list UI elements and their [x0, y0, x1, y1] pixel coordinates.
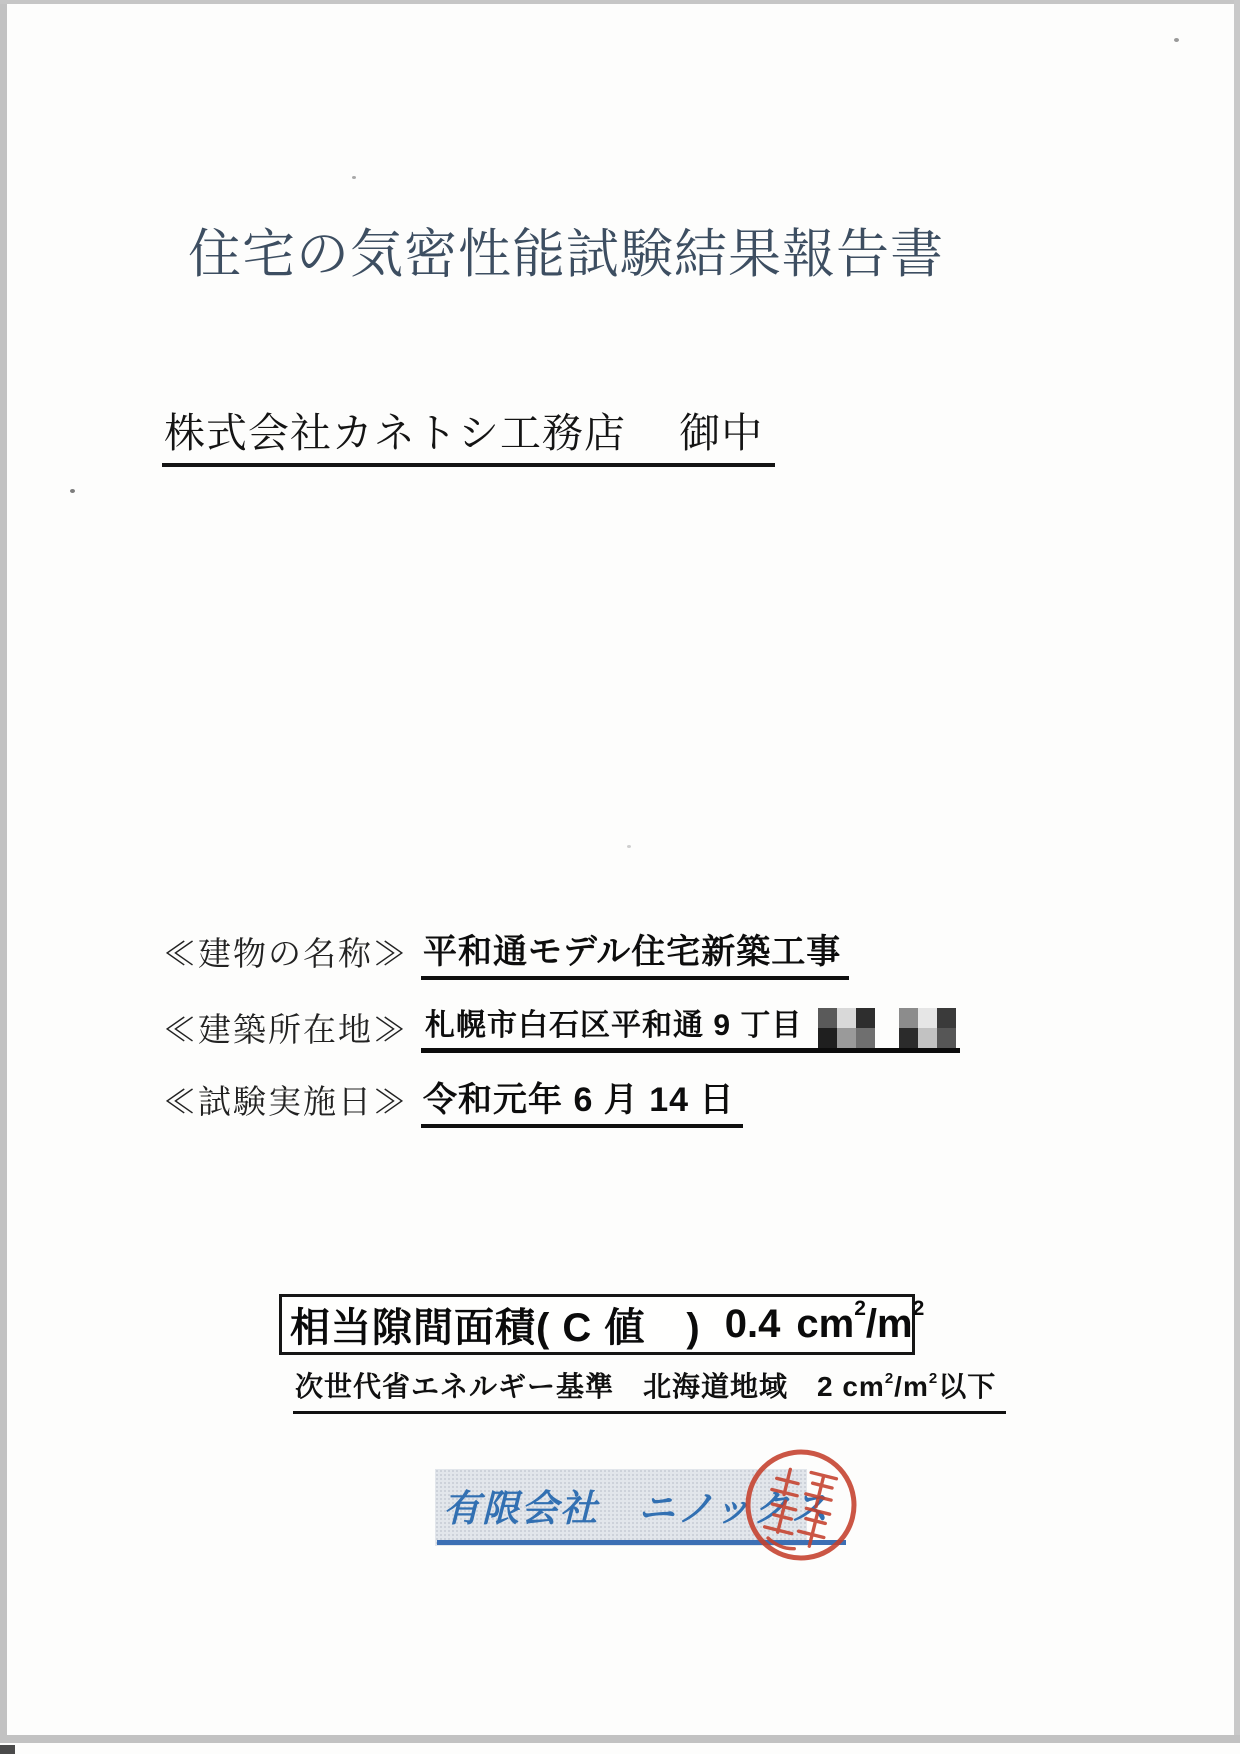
scan-edge-top — [0, 0, 1240, 4]
c-value-unit: cm2/m2 — [796, 1302, 924, 1347]
scan-speck — [627, 845, 631, 848]
field-label: ≪建物の名称≫ — [163, 924, 421, 975]
field-row-test-date: ≪試験実施日≫ 令和元年 6 月 14 日 — [163, 1072, 743, 1128]
scan-speck — [352, 176, 356, 179]
field-value: 令和元年 6 月 14 日 — [421, 1072, 743, 1128]
field-label: ≪試験実施日≫ — [163, 1072, 421, 1123]
unit-slash: / — [866, 1302, 877, 1347]
field-value-with-redaction: 札幌市白石区平和通 9 丁目 — [421, 1000, 960, 1053]
unit-slash: / — [894, 1371, 903, 1402]
field-value: 平和通モデル住宅新築工事 — [421, 924, 849, 980]
c-value-label: 相当隙間面積( C 値 ) — [290, 1296, 701, 1353]
energy-standard-line: 次世代省エネルギー基準 北海道地域 2 cm2/m2以下 — [293, 1365, 1006, 1414]
c-value-result-box: 相当隙間面積( C 値 ) 0.4 cm2/m2 — [279, 1294, 915, 1355]
standard-prefix: 次世代省エネルギー基準 北海道地域 2 — [295, 1371, 842, 1402]
unit-cm-sup: 2 — [885, 1370, 894, 1387]
c-value-number: 0.4 — [725, 1302, 781, 1347]
field-label: ≪建築所在地≫ — [163, 1000, 421, 1051]
unit-m-sup: 2 — [913, 1298, 925, 1319]
scan-edge-bottom — [0, 1735, 1240, 1743]
scan-corner-mark — [0, 1745, 15, 1754]
unit-m: m — [877, 1302, 913, 1347]
scan-edge-left — [0, 0, 7, 1742]
scan-speck — [1174, 38, 1179, 42]
scanned-report-page: 住宅の気密性能試験結果報告書 株式会社カネトシ工務店 御中 ≪建物の名称≫ 平和… — [0, 0, 1240, 1754]
company-seal-stamp — [737, 1441, 865, 1569]
unit-cm: cm — [842, 1371, 884, 1402]
unit-cm: cm — [796, 1302, 854, 1347]
field-row-building-name: ≪建物の名称≫ 平和通モデル住宅新築工事 — [163, 924, 849, 980]
standard-suffix: 以下 — [938, 1371, 996, 1402]
scan-edge-right — [1234, 0, 1240, 1742]
unit-m-sup: 2 — [929, 1370, 938, 1387]
scan-speck — [70, 489, 75, 493]
redaction-mosaic — [818, 1008, 956, 1048]
unit-m: m — [903, 1371, 929, 1402]
field-row-building-address: ≪建築所在地≫ 札幌市白石区平和通 9 丁目 — [163, 1000, 960, 1053]
addressee-line: 株式会社カネトシ工務店 御中 — [162, 400, 775, 467]
document-title: 住宅の気密性能試験結果報告書 — [188, 212, 944, 288]
unit-cm-sup: 2 — [854, 1298, 866, 1319]
field-value: 札幌市白石区平和通 9 丁目 — [423, 1000, 810, 1048]
